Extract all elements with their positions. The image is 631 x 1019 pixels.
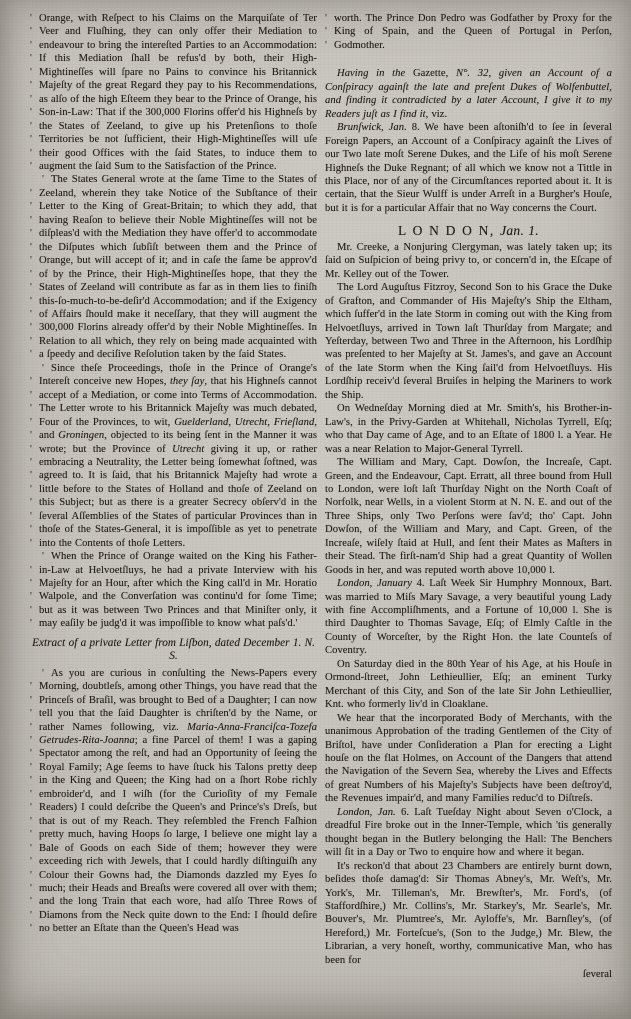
paragraph: On Saturday died in the 80th Year of his… (325, 658, 612, 712)
section-heading: Extract of a private Letter from Liſbon,… (30, 637, 317, 664)
paragraph: On Wedneſday Morning died at Mr. Smith's… (325, 402, 612, 456)
text-columns: Orange, with Reſpect to his Claims on th… (0, 0, 631, 982)
paragraph: London, Jan. 6. Laſt Tueſday Night about… (325, 806, 612, 860)
paragraph: The States General wrote at the ſame Tim… (30, 173, 317, 361)
paragraph: The Lord Auguſtus Fitzroy, Second Son to… (325, 281, 612, 402)
catchword: ſeveral (325, 968, 612, 981)
paragraph: Mr. Creeke, a Nonjuring Clergyman, was l… (325, 241, 612, 281)
newspaper-page-scan: Orange, with Reſpect to his Claims on th… (0, 0, 631, 1019)
paragraph: It's reckon'd that about 23 Chambers are… (325, 860, 612, 968)
paragraph: The William and Mary, Capt. Dowſon, the … (325, 456, 612, 577)
text-column-right: worth. The Prince Don Pedro was Godfathe… (325, 12, 612, 982)
paragraph: As you are curious in conſulting the New… (30, 667, 317, 936)
paragraph: Since theſe Proceedings, thoſe in the Pr… (30, 362, 317, 550)
paragraph: London, January 4. Laſt Week Sir Humphry… (325, 577, 612, 658)
text-column-left: Orange, with Reſpect to his Claims on th… (30, 12, 317, 982)
paragraph: We hear that the incorporated Body of Me… (325, 712, 612, 806)
paragraph: When the Prince of Orange waited on the … (30, 550, 317, 631)
paragraph: Having in the Gazette, N°. 32, given an … (325, 67, 612, 121)
paragraph: Brunſwick, Jan. 8. We have been aſtoniſh… (325, 121, 612, 215)
paragraph: worth. The Prince Don Pedro was Godfathe… (325, 12, 612, 52)
section-heading: L O N D O N, Jan. 1. (325, 224, 612, 237)
paragraph: Orange, with Reſpect to his Claims on th… (30, 12, 317, 173)
